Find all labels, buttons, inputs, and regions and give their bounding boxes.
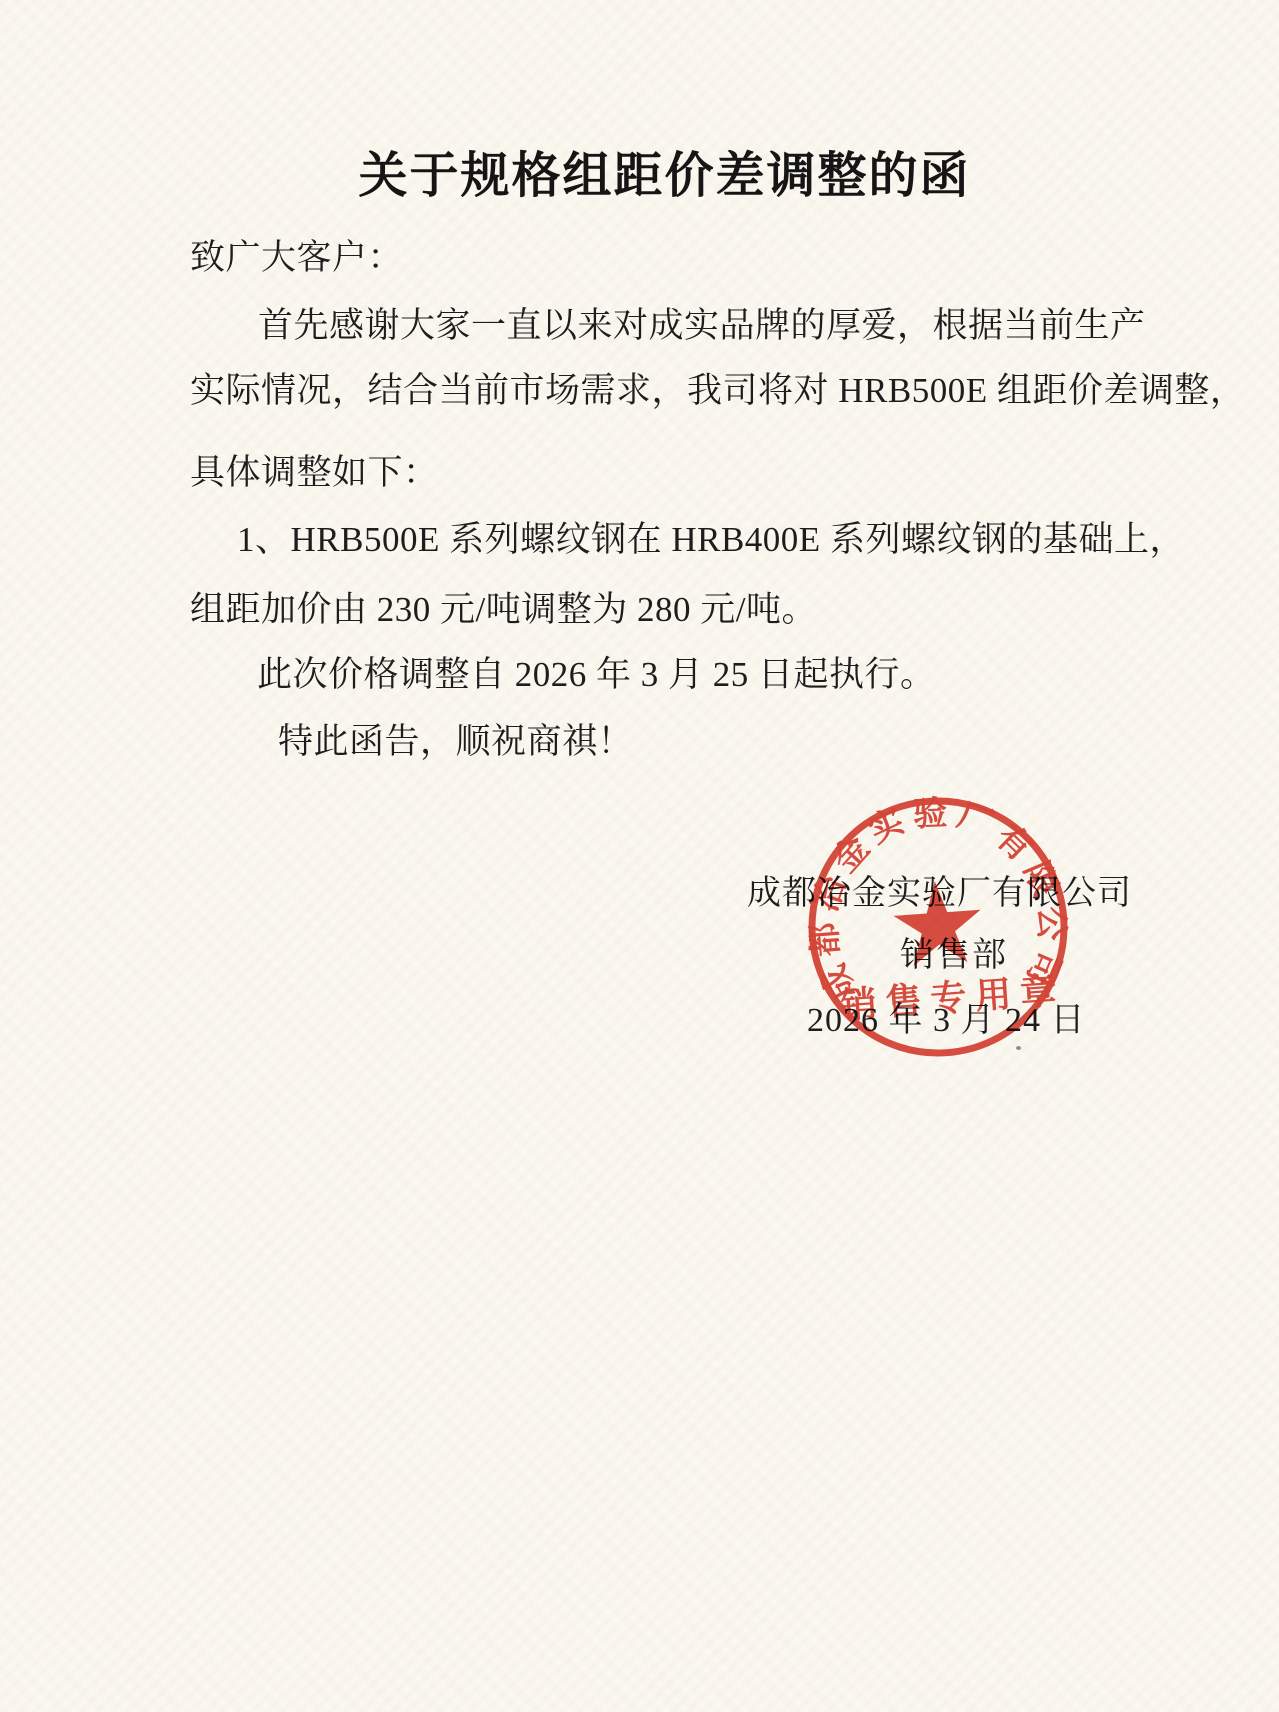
stamp-bottom-text: 销售专用章 xyxy=(839,969,1066,1026)
letter-page: 关于规格组距价差调整的函 致广大客户： 首先感谢大家一直以来对成实品牌的厚爱，根… xyxy=(0,0,1279,1712)
body-line-5: 组距加价由 230 元/吨调整为 280 元/吨。 xyxy=(190,590,817,630)
body-line-6: 此次价格调整自 2026 年 3 月 25 日起执行。 xyxy=(257,655,936,695)
salutation: 致广大客户： xyxy=(190,238,403,278)
body-line-4: 1、HRB500E 系列螺纹钢在 HRB400E 系列螺纹钢的基础上， xyxy=(237,520,1185,560)
body-line-2: 实际情况，结合当前市场需求，我司将对 HRB500E 组距价差调整， xyxy=(190,371,1245,411)
company-seal-stamp: 成都冶金实验厂有限公司 销售专用章 xyxy=(789,778,1088,1077)
scan-speck xyxy=(1016,1046,1021,1050)
body-line-7: 特此函告，顺祝商祺！ xyxy=(278,722,633,762)
body-line-3: 具体调整如下： xyxy=(190,453,439,493)
body-line-1: 首先感谢大家一直以来对成实品牌的厚爱，根据当前生产 xyxy=(258,306,1146,346)
star-icon xyxy=(891,878,984,967)
letter-title: 关于规格组距价差调整的函 xyxy=(50,148,1279,204)
